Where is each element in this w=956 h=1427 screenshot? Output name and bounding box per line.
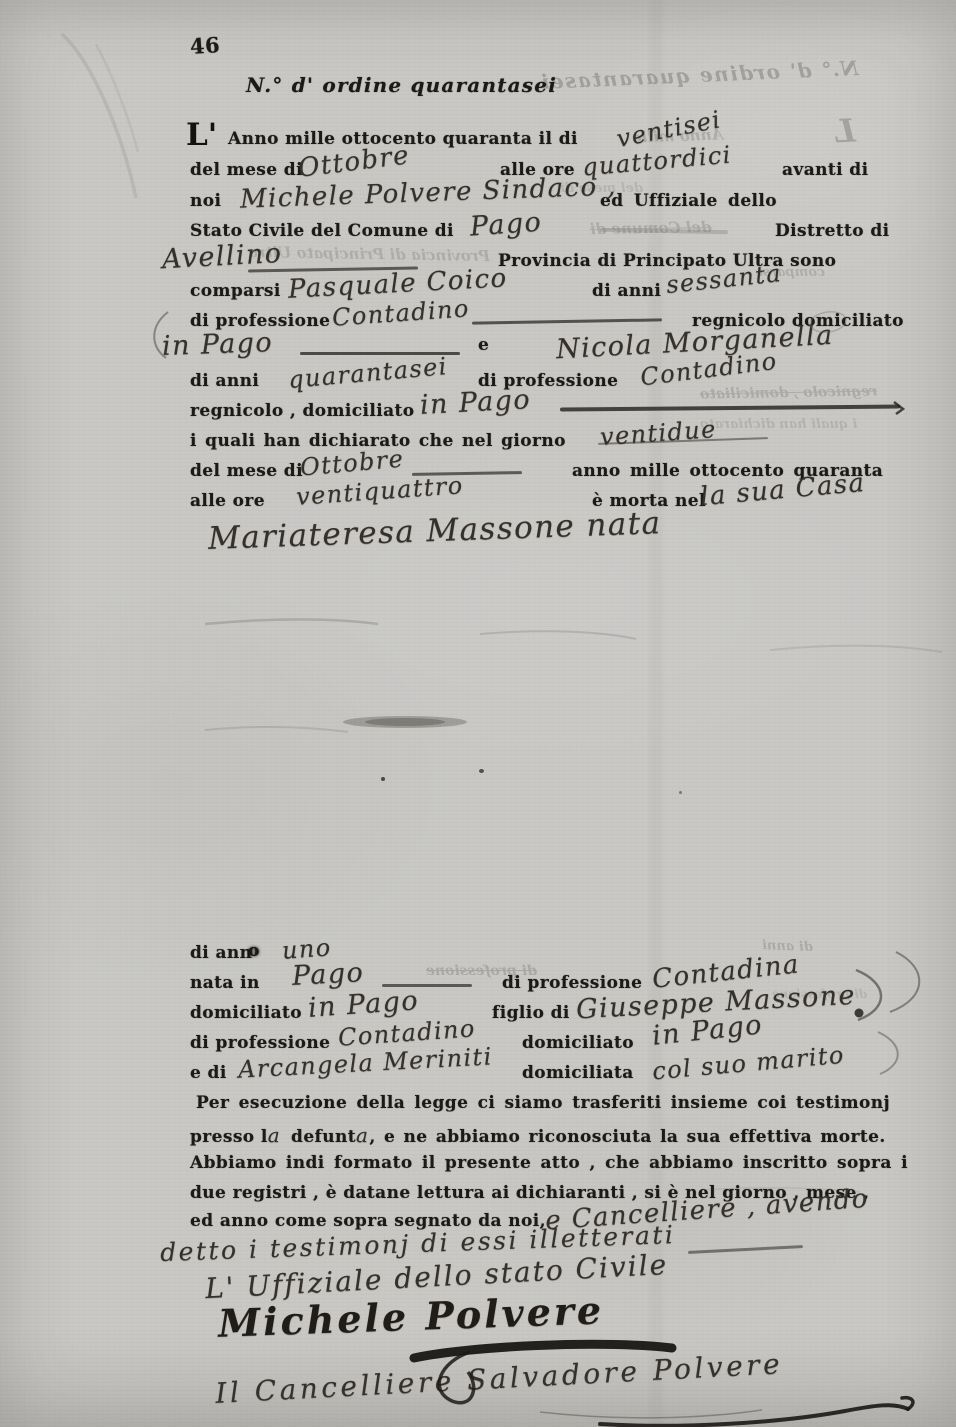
handwritten-letter: a [356, 1123, 369, 1147]
printed-mother-residence-label: domiciliata [522, 1064, 634, 1083]
printed-uffiziale: ed Uffiziale dello [600, 192, 777, 211]
printed-closing-line-1: Per esecuzione della legge ci siamo tras… [196, 1094, 890, 1113]
entry-death-day: ventidue [599, 416, 717, 450]
printed-death-month-label: del mese di [190, 462, 303, 481]
handwritten-letter: a [268, 1123, 281, 1147]
printed-comune-label: Stato Civile del Comune di [190, 222, 454, 241]
printed-avanti-di: avanti di [782, 161, 868, 180]
ink-stroke [688, 1245, 803, 1254]
ink-dot [381, 777, 385, 781]
ink-stroke [472, 318, 662, 324]
ink-dot [679, 791, 682, 794]
printed-deceased-residence-label: domiciliato [190, 1004, 302, 1023]
entry-declarant2-age: quarantasei [287, 353, 449, 393]
printed-deceased-profession-label: di professione [502, 974, 642, 993]
printed-provincia: Provincia di Principato Ultra sono [498, 252, 836, 271]
printed-text: presso l [190, 1127, 268, 1147]
entry-comune: Pago [469, 208, 543, 243]
printed-age-label-1: di anni [592, 282, 661, 301]
printed-death-hour-label: alle ore [190, 492, 265, 511]
page-number: 46 [189, 33, 221, 58]
bleedthrough-dropcap: L [832, 113, 856, 149]
printed-father-profession-label: di professione [190, 1034, 330, 1053]
bleedthrough-order-title: N.° d' ordine quarantasei [540, 57, 859, 93]
entry-deceased-residence: in Pago [307, 986, 420, 1023]
printed-text: , e ne abbiamo riconosciuta la sua effet… [369, 1127, 885, 1147]
entry-declarant1-residence: in Pago [162, 328, 274, 362]
printed-figlio-di: figlio di [492, 1004, 570, 1023]
printed-month-label: del mese di [190, 161, 303, 180]
entry-deceased-name: Mariateresa Massone nata [208, 506, 662, 556]
printed-noi: noi [190, 192, 221, 211]
printed-comparsi: comparsi [190, 282, 281, 301]
printed-age-label-2: di anni [190, 372, 259, 391]
printed-deceased-age-label: di ann [190, 944, 252, 963]
entry-birthplace: Pago [291, 958, 365, 991]
ink-dot [479, 769, 484, 773]
ink-blot-letter: o [248, 942, 260, 961]
printed-regnicolo-2: regnicolo , domiciliato [190, 402, 415, 421]
printed-dropcap: L' [186, 118, 217, 152]
printed-e-di: e di [190, 1064, 227, 1083]
ink-stroke [560, 405, 900, 412]
printed-text: defunt [291, 1127, 356, 1147]
bleedthrough-quali: i quali han dichiarato [700, 418, 857, 432]
order-number-title: N.° d' ordine quarantasei [246, 74, 557, 96]
printed-father-residence-label: domiciliato [522, 1034, 634, 1053]
printed-e-connector: e [478, 336, 489, 355]
printed-closing-line-2: presso ladefunta, e ne abbiamo riconosci… [190, 1124, 886, 1147]
bleedthrough-provincia: Provincia di Principato Ultra [248, 244, 490, 265]
scanned-death-record-page: N.° d' ordine quarantasei Anno mille L d… [0, 0, 956, 1427]
clerk-signature: Il Cancelliere Salvadore Polvere [215, 1349, 784, 1410]
bleedthrough-dash [600, 228, 728, 234]
entry-declarant2-residence: in Pago [419, 385, 531, 420]
printed-closing-line-3: Abbiamo indi formato il presente atto , … [190, 1154, 908, 1173]
printed-birthplace-label: nata in [190, 974, 260, 993]
printed-district-label: Distretto di [775, 222, 890, 241]
bleedthrough-regnicolo: regnicolo , domiciliato [700, 384, 878, 402]
